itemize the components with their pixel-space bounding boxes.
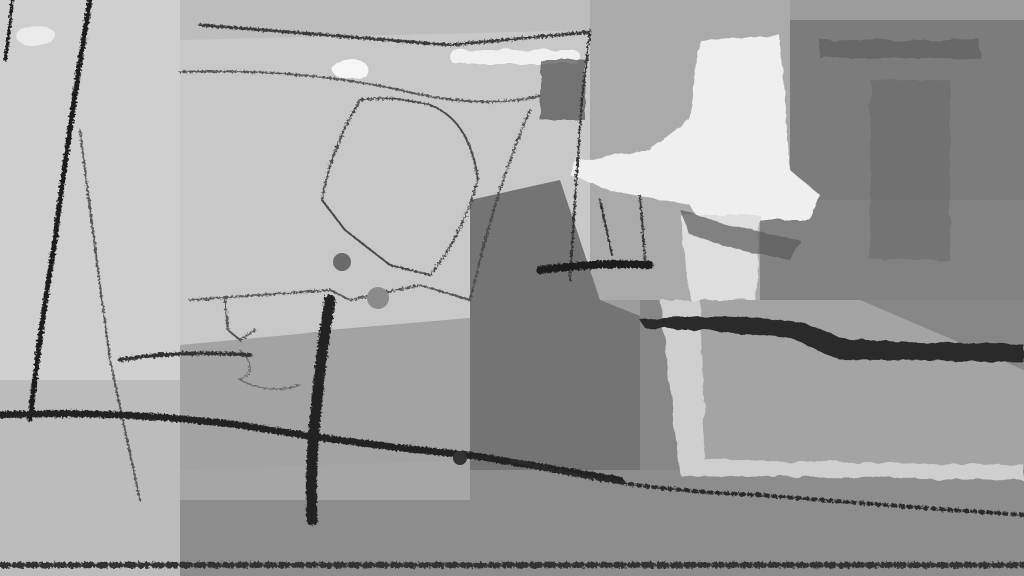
painting-artwork	[0, 0, 1024, 576]
painting-photo: abstract grayscale painting on textured …	[0, 0, 1024, 576]
canvas-texture	[0, 0, 1024, 576]
